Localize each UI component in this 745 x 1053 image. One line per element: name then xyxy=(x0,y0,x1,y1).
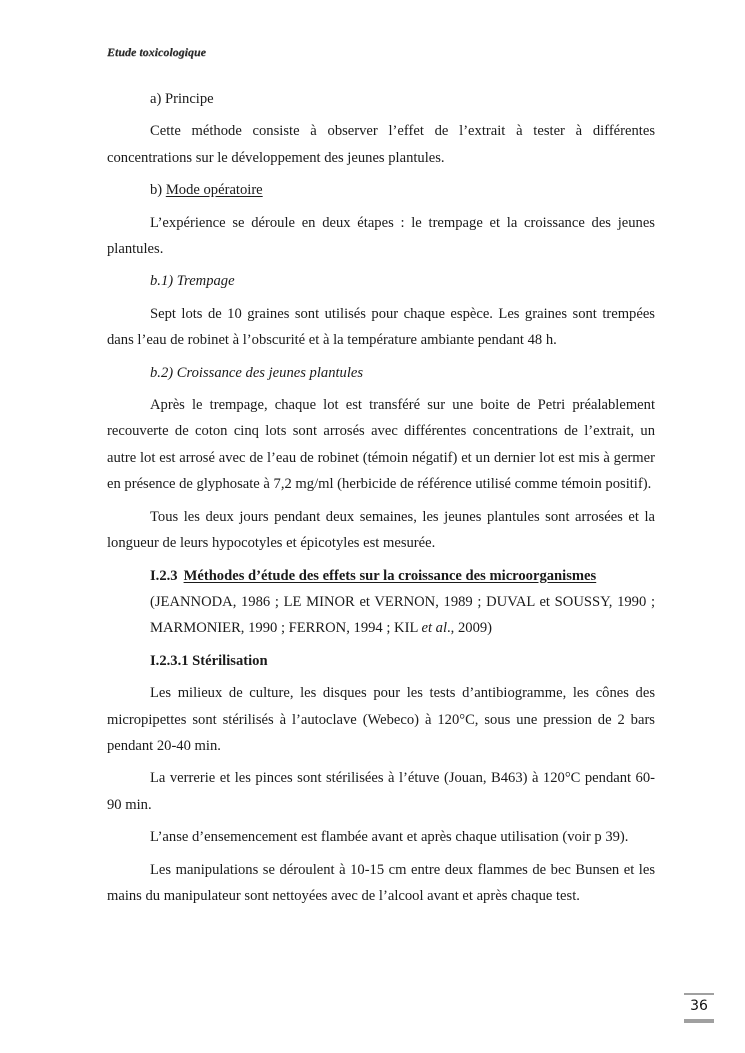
paragraph-sterilisation-3: L’anse d’ensemencement est flambée avant… xyxy=(107,824,655,850)
paragraph-trempage: Sept lots de 10 graines sont utilisés po… xyxy=(107,301,655,354)
section-title: Méthodes d’étude des effets sur la crois… xyxy=(184,568,597,584)
references-end: ., 2009) xyxy=(447,620,492,636)
running-header: Etude toxicologique xyxy=(107,45,206,60)
subsection-b2-label: b.2) Croissance des jeunes plantules xyxy=(107,360,655,386)
references-text: (JEANNODA, 1986 ; LE MINOR et VERNON, 19… xyxy=(150,594,655,636)
subsection-b-title: Mode opératoire xyxy=(166,182,263,198)
subsection-b-label: b) Mode opératoire xyxy=(107,177,655,203)
paragraph-sterilisation-2: La verrerie et les pinces sont stérilisé… xyxy=(107,765,655,818)
page-body: a) Principe Cette méthode consiste à obs… xyxy=(107,86,655,915)
paragraph-mode-operatoire: L’expérience se déroule en deux étapes :… xyxy=(107,210,655,263)
references-et-al: et al xyxy=(421,620,447,636)
references-list: (JEANNODA, 1986 ; LE MINOR et VERNON, 19… xyxy=(107,589,655,642)
subsection-a-label: a) Principe xyxy=(107,86,655,112)
section-heading-i-2-3: I.2.3Méthodes d’étude des effets sur la … xyxy=(107,563,655,589)
paragraph-croissance-1: Après le trempage, chaque lot est transf… xyxy=(107,392,655,498)
subsection-b1-label: b.1) Trempage xyxy=(107,268,655,294)
paragraph-croissance-2: Tous les deux jours pendant deux semaine… xyxy=(107,504,655,557)
page-number: 36 xyxy=(684,993,714,1023)
section-heading-i-2-3-1: I.2.3.1 Stérilisation xyxy=(107,648,655,674)
paragraph-principe: Cette méthode consiste à observer l’effe… xyxy=(107,118,655,171)
subsection-b-prefix: b) xyxy=(150,182,166,198)
paragraph-sterilisation-1: Les milieux de culture, les disques pour… xyxy=(107,680,655,759)
paragraph-sterilisation-4: Les manipulations se déroulent à 10-15 c… xyxy=(107,857,655,910)
section-number: I.2.3 xyxy=(150,568,178,584)
